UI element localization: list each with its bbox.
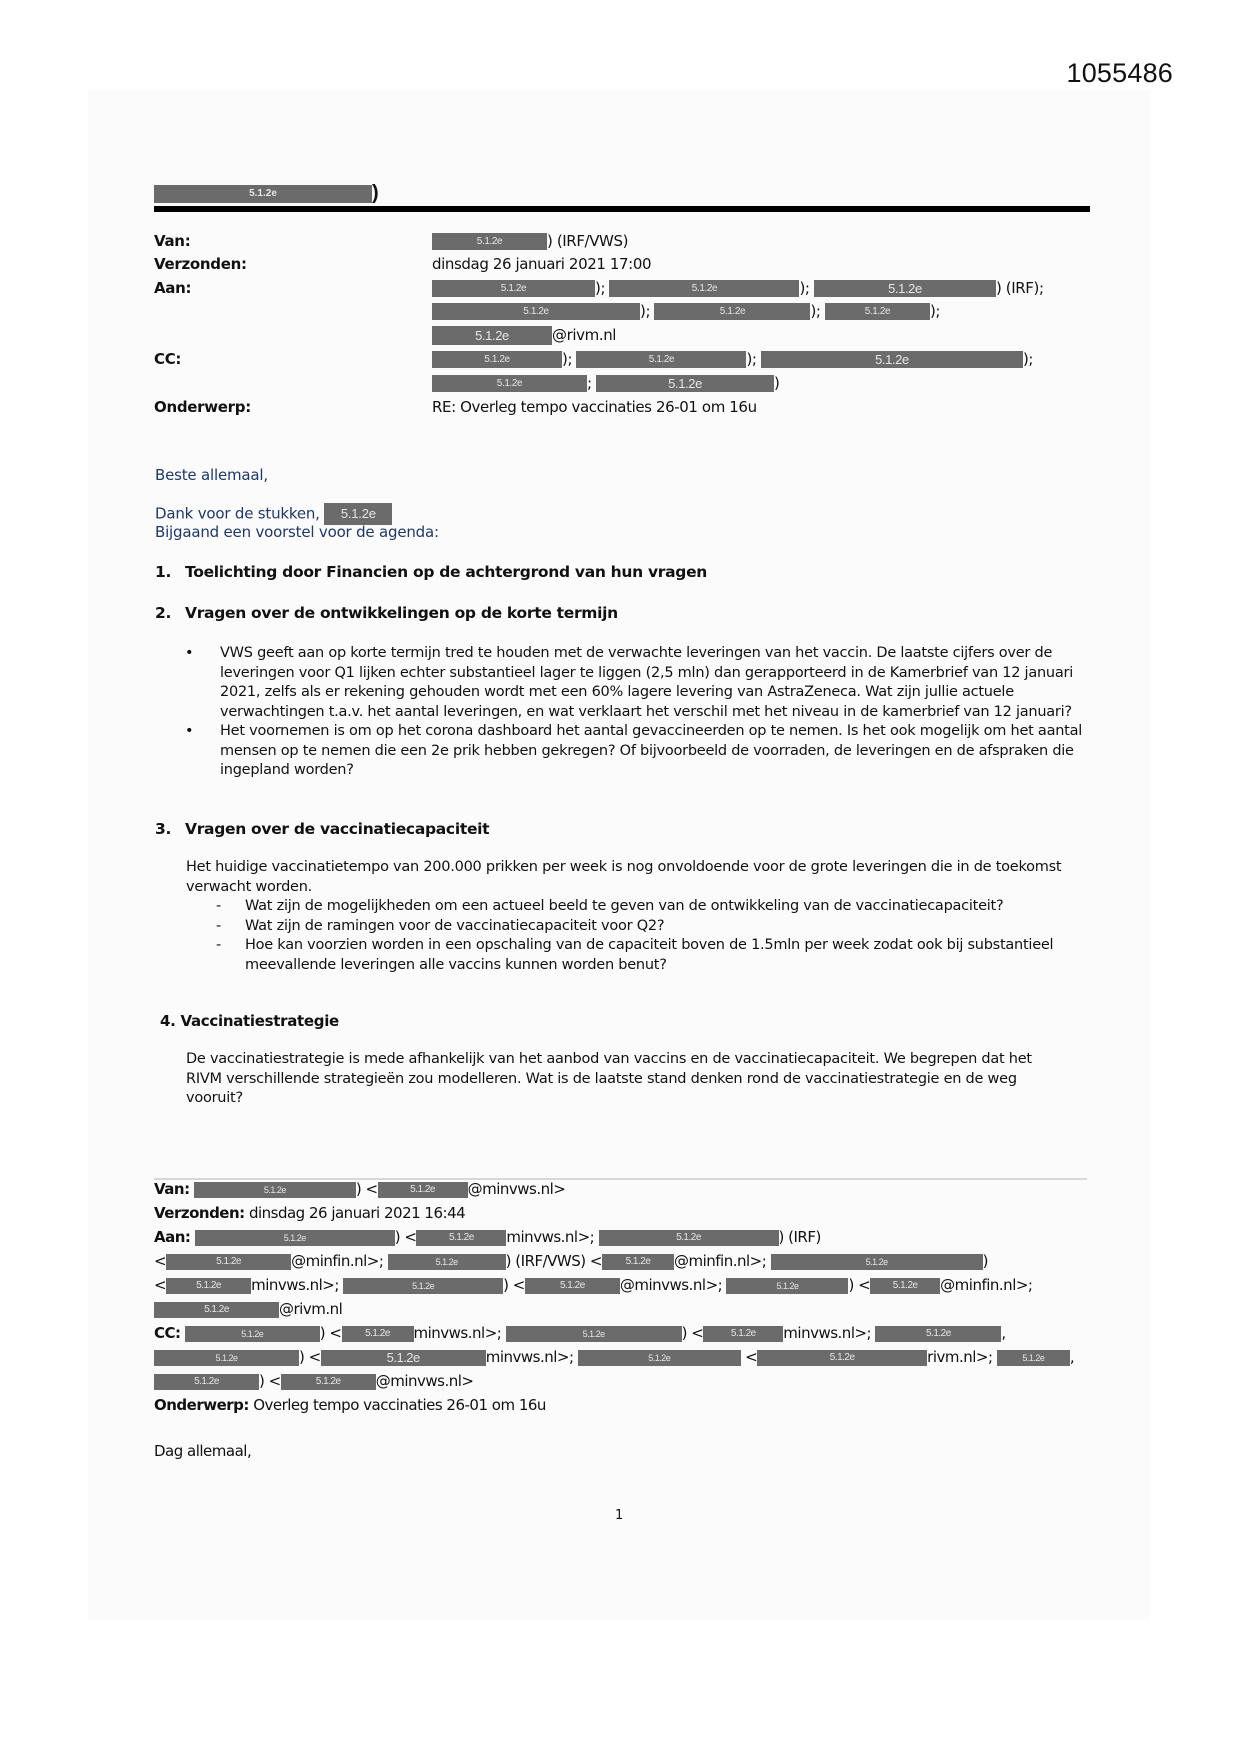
redaction: 5.1.2e xyxy=(870,1278,940,1294)
agenda-title: Toelichting door Financien op de achterg… xyxy=(185,563,707,581)
title-suffix: ) xyxy=(372,182,379,204)
e2-sep: , xyxy=(1070,1348,1074,1366)
agenda-title: Vragen over de vaccinatiecapaciteit xyxy=(185,820,489,838)
dash-item: Wat zijn de mogelijkheden om een actueel… xyxy=(216,897,1071,917)
redaction: 5.1.2e xyxy=(814,280,996,297)
e2-sep: ) < xyxy=(259,1372,281,1390)
redaction: 5.1.2e xyxy=(525,1278,620,1294)
bullet-item: Het voornemen is om op het corona dashbo… xyxy=(185,722,1085,781)
redaction: 5.1.2e xyxy=(771,1254,983,1270)
e2-greeting: Dag allemaal, xyxy=(154,1442,251,1460)
e2-from: Van: 5.1.2e) <5.1.2e@minvws.nl> xyxy=(154,1180,565,1198)
to-sep: ); xyxy=(595,279,605,297)
to-line-3: 5.1.2e@rivm.nl xyxy=(432,326,616,345)
redaction: 5.1.2e xyxy=(875,1326,1001,1342)
e2-domain: minvws.nl>; xyxy=(783,1324,871,1342)
from-suffix: ) (IRF/VWS) xyxy=(547,232,628,250)
e2-sent: Verzonden: dinsdag 26 januari 2021 16:44 xyxy=(154,1204,465,1222)
agenda-3-body: Het huidige vaccinatietempo van 200.000 … xyxy=(186,858,1071,975)
to-sep: @rivm.nl xyxy=(552,326,616,344)
redaction: 5.1.2e xyxy=(432,280,595,297)
to-sep: ); xyxy=(799,279,809,297)
redaction: 5.1.2e xyxy=(195,1230,395,1246)
redaction: 5.1.2e xyxy=(154,1302,279,1318)
e2-sep: ) (IRF) xyxy=(779,1228,821,1246)
redaction: 5.1.2e xyxy=(432,303,640,320)
to-sep: ); xyxy=(930,302,940,320)
redaction: 5.1.2e xyxy=(343,1278,503,1294)
e2-sep: ) < xyxy=(320,1324,342,1342)
redaction: 5.1.2e xyxy=(342,1326,414,1342)
e2-domain: @minfin.nl>; xyxy=(674,1252,766,1270)
cc-sep: ; xyxy=(587,374,592,392)
agenda-number: 1. xyxy=(155,563,185,581)
redaction: 5.1.2e xyxy=(321,1350,486,1366)
e2-from-label: Van: xyxy=(154,1180,190,1198)
e2-to-line-3: <5.1.2eminvws.nl>; 5.1.2e) <5.1.2e@minvw… xyxy=(154,1276,1032,1294)
cc-sep: ) xyxy=(774,374,779,392)
e2-domain: minvws.nl>; xyxy=(506,1228,594,1246)
document-id: 1055486 xyxy=(1066,58,1173,89)
redaction: 5.1.2e xyxy=(609,280,799,297)
e2-sep: < xyxy=(154,1276,166,1294)
redaction: 5.1.2e xyxy=(602,1254,674,1270)
email-title: 5.1.2e) xyxy=(154,182,379,205)
e2-sep: ) < xyxy=(682,1324,704,1342)
e2-domain: minvws.nl>; xyxy=(251,1276,339,1294)
from-value: 5.1.2e) (IRF/VWS) xyxy=(432,232,628,250)
redaction: 5.1.2e xyxy=(596,375,774,392)
cc-line-2: 5.1.2e; 5.1.2e) xyxy=(432,374,779,392)
agenda-item-1: 1.Toelichting door Financien op de achte… xyxy=(155,563,707,581)
e2-domain: @rivm.nl xyxy=(279,1300,342,1318)
e2-sent-label: Verzonden: xyxy=(154,1204,245,1222)
redaction: 5.1.2e xyxy=(185,1326,320,1342)
cc-line-1: 5.1.2e); 5.1.2e); 5.1.2e); xyxy=(432,350,1033,368)
agenda-item-2: 2.Vragen over de ontwikkelingen op de ko… xyxy=(155,604,618,622)
redaction: 5.1.2e xyxy=(432,233,547,250)
e2-sep: ) (IRF/VWS) < xyxy=(506,1252,602,1270)
e2-sent-value: dinsdag 26 januari 2021 16:44 xyxy=(249,1204,465,1222)
agenda-number: 3. xyxy=(155,820,185,838)
redaction: 5.1.2e xyxy=(654,303,810,320)
e2-to-line-4: 5.1.2e@rivm.nl xyxy=(154,1300,342,1318)
redaction: 5.1.2e xyxy=(154,185,372,203)
to-sep: ); xyxy=(810,302,820,320)
redaction: 5.1.2e xyxy=(166,1278,251,1294)
redaction: 5.1.2e xyxy=(576,351,746,368)
e2-sep: ) < xyxy=(395,1228,417,1246)
subject-label: Onderwerp: xyxy=(154,398,251,416)
e2-domain: @minfin.nl>; xyxy=(940,1276,1032,1294)
to-label: Aan: xyxy=(154,279,191,297)
e2-cc-label: CC: xyxy=(154,1324,181,1342)
redaction: 5.1.2e xyxy=(761,351,1023,368)
agenda-number: 4. xyxy=(160,1012,176,1030)
redaction: 5.1.2e xyxy=(324,503,392,525)
redaction: 5.1.2e xyxy=(997,1350,1070,1366)
e2-cc-line-3: 5.1.2e) <5.1.2e@minvws.nl> xyxy=(154,1372,473,1390)
e2-subject: Onderwerp: Overleg tempo vaccinaties 26-… xyxy=(154,1396,546,1414)
agenda-3-paragraph: Het huidige vaccinatietempo van 200.000 … xyxy=(186,858,1071,897)
e2-domain: @minvws.nl> xyxy=(468,1180,566,1198)
redaction: 5.1.2e xyxy=(432,326,552,345)
e2-sep: , xyxy=(1001,1324,1005,1342)
redaction: 5.1.2e xyxy=(378,1182,468,1198)
e2-domain: minvws.nl>; xyxy=(414,1324,502,1342)
agenda-item-4: 4. Vaccinatiestrategie xyxy=(160,1012,339,1030)
dash-item: Wat zijn de ramingen voor de vaccinatiec… xyxy=(216,917,1071,937)
redaction: 5.1.2e xyxy=(599,1230,779,1246)
thanks-line: Dank voor de stukken, 5.1.2e xyxy=(155,503,392,525)
e2-to-label: Aan: xyxy=(154,1228,190,1246)
sent-label: Verzonden: xyxy=(154,255,247,273)
agenda-title: Vaccinatiestrategie xyxy=(180,1012,338,1030)
redaction: 5.1.2e xyxy=(506,1326,682,1342)
agenda-3-dashes: Wat zijn de mogelijkheden om een actueel… xyxy=(216,897,1071,975)
agenda-2-bullets: VWS geeft aan op korte termijn tred te h… xyxy=(185,644,1085,781)
redaction: 5.1.2e xyxy=(726,1278,848,1294)
redaction: 5.1.2e xyxy=(432,351,562,368)
e2-sep: ) < xyxy=(848,1276,870,1294)
e2-sep: < xyxy=(745,1348,757,1366)
thanks-text: Dank voor de stukken, xyxy=(155,505,320,523)
redaction: 5.1.2e xyxy=(194,1182,356,1198)
agenda-4-paragraph: De vaccinatiestrategie is mede afhankeli… xyxy=(186,1050,1066,1109)
subject-value: RE: Overleg tempo vaccinaties 26-01 om 1… xyxy=(432,398,757,416)
redaction: 5.1.2e xyxy=(757,1350,927,1366)
title-divider xyxy=(154,206,1090,212)
e2-sep: ) xyxy=(983,1252,988,1270)
intro-line: Bijgaand een voorstel voor de agenda: xyxy=(155,523,439,541)
greeting: Beste allemaal, xyxy=(155,466,268,484)
redaction: 5.1.2e xyxy=(154,1374,259,1390)
redaction: 5.1.2e xyxy=(416,1230,506,1246)
e2-domain: @minvws.nl>; xyxy=(620,1276,722,1294)
e2-subject-value: Overleg tempo vaccinaties 26-01 om 16u xyxy=(253,1396,546,1414)
cc-sep: ); xyxy=(1023,350,1033,368)
to-line-2: 5.1.2e); 5.1.2e); 5.1.2e); xyxy=(432,302,940,320)
to-line-1: 5.1.2e); 5.1.2e); 5.1.2e) (IRF); xyxy=(432,279,1044,297)
cc-sep: ); xyxy=(746,350,756,368)
e2-sep: < xyxy=(154,1252,166,1270)
from-label: Van: xyxy=(154,232,190,250)
redaction: 5.1.2e xyxy=(281,1374,376,1390)
page-number: 1 xyxy=(615,1508,623,1523)
e2-to-line-2: <5.1.2e@minfin.nl>; 5.1.2e) (IRF/VWS) <5… xyxy=(154,1252,988,1270)
cc-sep: ); xyxy=(562,350,572,368)
e2-domain: @minvws.nl> xyxy=(376,1372,474,1390)
agenda-number: 2. xyxy=(155,604,185,622)
e2-domain: minvws.nl>; xyxy=(486,1348,574,1366)
to-sep: ); xyxy=(640,302,650,320)
redaction: 5.1.2e xyxy=(388,1254,506,1270)
e2-cc-line-2: 5.1.2e) <5.1.2eminvws.nl>; 5.1.2e <5.1.2… xyxy=(154,1348,1074,1366)
sent-value: dinsdag 26 januari 2021 17:00 xyxy=(432,255,651,273)
e2-domain: @minfin.nl>; xyxy=(291,1252,383,1270)
dash-item: Hoe kan voorzien worden in een opschalin… xyxy=(216,936,1071,975)
redaction: 5.1.2e xyxy=(578,1350,741,1366)
e2-sep: ) < xyxy=(356,1180,378,1198)
e2-to-line-1: Aan: 5.1.2e) <5.1.2eminvws.nl>; 5.1.2e) … xyxy=(154,1228,821,1246)
bullet-item: VWS geeft aan op korte termijn tred te h… xyxy=(185,644,1085,722)
e2-sep: ) < xyxy=(299,1348,321,1366)
redaction: 5.1.2e xyxy=(825,303,930,320)
agenda-title: Vragen over de ontwikkelingen op de kort… xyxy=(185,604,618,622)
e2-cc-line-1: CC: 5.1.2e) <5.1.2eminvws.nl>; 5.1.2e) <… xyxy=(154,1324,1006,1342)
e2-subject-label: Onderwerp: xyxy=(154,1396,249,1414)
redaction: 5.1.2e xyxy=(703,1326,783,1342)
agenda-item-3: 3.Vragen over de vaccinatiecapaciteit xyxy=(155,820,489,838)
cc-label: CC: xyxy=(154,350,181,368)
redaction: 5.1.2e xyxy=(432,375,587,392)
e2-sep: ) < xyxy=(503,1276,525,1294)
to-sep: ) (IRF); xyxy=(996,279,1044,297)
redaction: 5.1.2e xyxy=(154,1350,299,1366)
redaction: 5.1.2e xyxy=(166,1254,291,1270)
e2-domain: rivm.nl>; xyxy=(927,1348,992,1366)
